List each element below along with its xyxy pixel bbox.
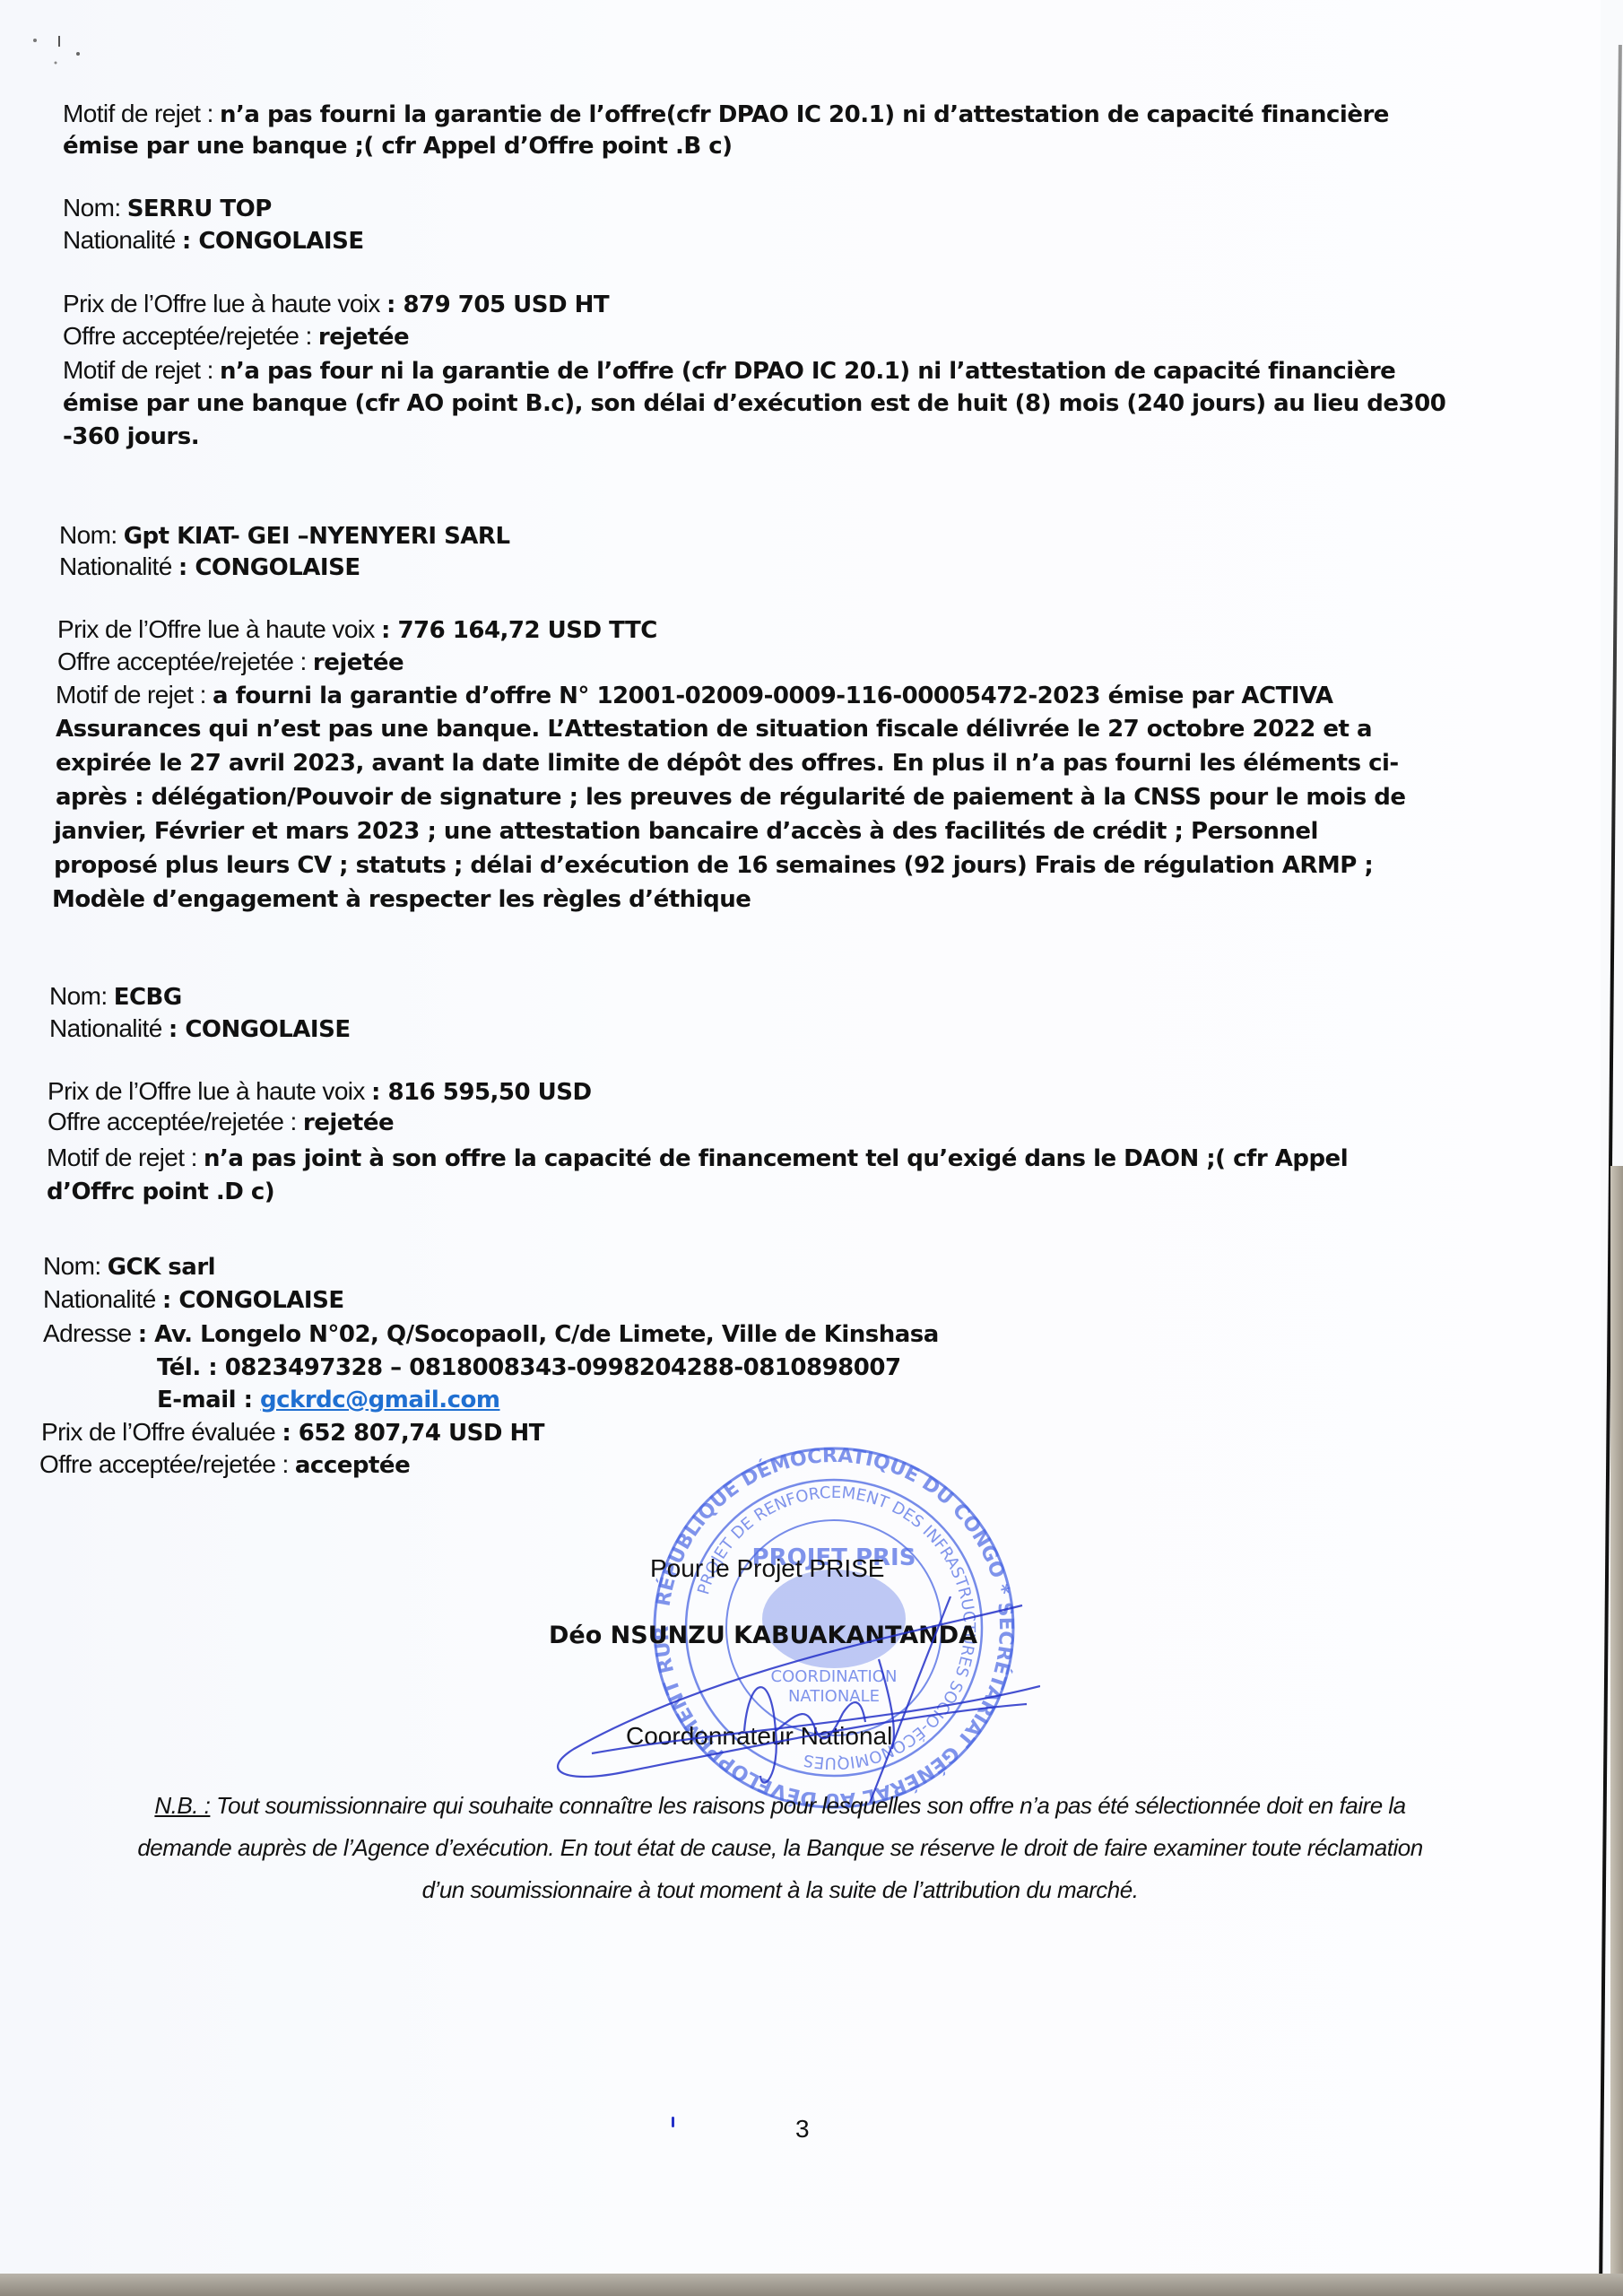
colon: :	[169, 1016, 185, 1043]
motif-row: janvier, Février et mars 2023 ; une atte…	[54, 816, 1318, 847]
phone-label: Tél. :	[157, 1354, 225, 1381]
status-label: Offre acceptée/rejetée :	[48, 1108, 303, 1135]
motif-row: Motif de rejet : n’a pas joint à son off…	[47, 1143, 1348, 1174]
motif-value: d’Offrc point .D c)	[47, 1178, 274, 1205]
status-row: Offre acceptée/rejetée : rejetée	[63, 321, 409, 352]
phone-value: 0823497328 – 0818008343-0998204288-08108…	[225, 1354, 901, 1381]
nationality-value: CONGOLAISE	[178, 1287, 343, 1314]
motif-value: Modèle d’engagement à respecter les règl…	[52, 886, 751, 913]
colon: :	[371, 1079, 387, 1106]
motif-value: émise par une banque ;( cfr Appel d’Offr…	[63, 133, 733, 160]
price-value: 816 595,50 USD	[387, 1079, 591, 1106]
nb-line-2: demande auprès de l’Agence d’exécution. …	[54, 1827, 1506, 1869]
motif-value: janvier, Février et mars 2023 ; une atte…	[54, 818, 1318, 845]
motif-row: Modèle d’engagement à respecter les règl…	[52, 884, 751, 915]
scan-shadow-bottom	[0, 2274, 1623, 2296]
top-motif-line-2: émise par une banque ;( cfr Appel d’Offr…	[63, 131, 733, 161]
motif-row: expirée le 27 avril 2023, avant la date …	[56, 748, 1399, 778]
document-page: Motif de rejet : n’a pas fourni la garan…	[0, 0, 1601, 2278]
address-value: Av. Longelo N°02, Q/SocopaoII, C/de Lime…	[154, 1321, 939, 1348]
nb-line-1: N.B. : Tout soumissionnaire qui souhaite…	[54, 1785, 1506, 1827]
motif-value: après : délégation/Pouvoir de signature …	[56, 784, 1406, 811]
motif-value: n’a pas joint à son offre la capacité de…	[204, 1145, 1348, 1172]
name-label: Nom:	[63, 194, 127, 222]
colon: :	[162, 1287, 178, 1314]
status-row: Offre acceptée/rejetée : acceptée	[39, 1449, 410, 1481]
price-row: Prix de l’Offre lue à haute voix : 879 7…	[63, 289, 609, 320]
status-label: Offre acceptée/rejetée :	[63, 322, 318, 350]
phone-row: Tél. : 0823497328 – 0818008343-099820428…	[157, 1352, 901, 1383]
status-row: Offre acceptée/rejetée : rejetée	[57, 647, 404, 678]
motif-value: n’a pas fourni la garantie de l’offre(cf…	[220, 101, 1389, 128]
name-label: Nom:	[59, 521, 124, 549]
status-value: rejetée	[313, 649, 404, 676]
nationality-row: Nationalité : CONGOLAISE	[63, 225, 364, 257]
status-value: rejetée	[303, 1109, 394, 1136]
motif-value: n’a pas four ni la garantie de l’offre (…	[220, 358, 1395, 385]
motif-row: Motif de rejet : n’a pas four ni la gara…	[63, 355, 1395, 387]
status-label: Offre acceptée/rejetée :	[39, 1450, 295, 1478]
nb-note: N.B. : Tout soumissionnaire qui souhaite…	[54, 1785, 1506, 1911]
nationality-row: Nationalité : CONGOLAISE	[43, 1284, 344, 1316]
nationality-value: CONGOLAISE	[198, 228, 363, 255]
bidder-name-row: Nom: SERRU TOP	[63, 193, 272, 224]
status-label: Offre acceptée/rejetée :	[57, 648, 313, 675]
price-value: 879 705 USD HT	[403, 291, 609, 318]
bidder-name-row: Nom: Gpt KIAT- GEI –NYENYERI SARL	[59, 520, 510, 552]
nb-label: N.B. :	[154, 1792, 210, 1819]
colon: :	[178, 554, 195, 581]
nationality-value: CONGOLAISE	[195, 554, 360, 581]
motif-label: Motif de rejet :	[47, 1144, 204, 1171]
bidder-name-row: Nom: ECBG	[49, 981, 182, 1013]
price-row: Prix de l’Offre lue à haute voix : 776 1…	[57, 614, 657, 646]
bidder-name: SERRU TOP	[127, 196, 272, 222]
colon: :	[381, 617, 397, 644]
colon: :	[138, 1321, 154, 1348]
signature-for-line: Pour le Projet PRISE	[650, 1554, 884, 1583]
nb-line-3: d’un soumissionnaire à tout moment à la …	[54, 1869, 1506, 1911]
status-value: acceptée	[295, 1452, 410, 1479]
nationality-row: Nationalité : CONGOLAISE	[49, 1013, 351, 1045]
scan-shadow-right	[1610, 1166, 1623, 2296]
bidder-name-row: Nom: GCK sarl	[43, 1251, 215, 1283]
motif-row: d’Offrc point .D c)	[47, 1177, 274, 1207]
status-value: rejetée	[318, 324, 409, 351]
nationality-label: Nationalité	[63, 226, 182, 254]
status-row: Offre acceptée/rejetée : rejetée	[48, 1107, 394, 1138]
price-value: 776 164,72 USD TTC	[397, 617, 656, 644]
bidder-name: GCK sarl	[108, 1254, 215, 1281]
address-label: Adresse	[43, 1319, 138, 1347]
motif-row: proposé plus leurs CV ; statuts ; délai …	[54, 850, 1373, 881]
nationality-label: Nationalité	[43, 1285, 162, 1313]
address-row: Adresse : Av. Longelo N°02, Q/SocopaoII,…	[43, 1318, 939, 1350]
motif-label: Motif de rejet :	[56, 681, 213, 709]
nationality-value: CONGOLAISE	[185, 1016, 350, 1043]
price-label: Prix de l’Offre lue à haute voix	[63, 290, 386, 317]
nb-text: Tout soumissionnaire qui souhaite connaî…	[210, 1792, 1405, 1819]
name-label: Nom:	[49, 982, 114, 1010]
nationality-label: Nationalité	[59, 552, 178, 580]
motif-row: Motif de rejet : a fourni la garantie d’…	[56, 680, 1333, 711]
motif-value: émise par une banque (cfr AO point B.c),…	[63, 390, 1445, 417]
motif-value: expirée le 27 avril 2023, avant la date …	[56, 750, 1399, 777]
motif-row: Assurances qui n’est pas une banque. L’A…	[56, 714, 1372, 744]
bidder-name: ECBG	[114, 984, 182, 1011]
handwritten-signature-icon	[538, 1596, 1040, 1803]
name-label: Nom:	[43, 1252, 108, 1280]
email-label: E-mail :	[157, 1387, 260, 1413]
email-row: E-mail : gckrdc@gmail.com	[157, 1385, 500, 1415]
scan-specks	[22, 13, 220, 67]
price-row: Prix de l’Offre évaluée : 652 807,74 USD…	[41, 1417, 544, 1448]
page-number: 3	[795, 2115, 810, 2144]
colon: :	[282, 1420, 298, 1447]
motif-label: Motif de rejet :	[63, 356, 220, 384]
motif-value: proposé plus leurs CV ; statuts ; délai …	[54, 852, 1373, 879]
colon: :	[182, 228, 198, 255]
bidder-name: Gpt KIAT- GEI –NYENYERI SARL	[124, 523, 510, 550]
nationality-row: Nationalité : CONGOLAISE	[59, 552, 360, 583]
ink-mark	[672, 2117, 674, 2127]
motif-label: Motif de rejet :	[63, 100, 220, 127]
motif-row: -360 jours.	[63, 422, 199, 452]
motif-value: a fourni la garantie d’offre N° 12001-02…	[213, 683, 1333, 709]
price-label: Prix de l’Offre lue à haute voix	[57, 615, 381, 643]
price-label: Prix de l’Offre évaluée	[41, 1418, 282, 1446]
motif-row: après : délégation/Pouvoir de signature …	[56, 782, 1406, 813]
nationality-label: Nationalité	[49, 1014, 169, 1042]
price-value: 652 807,74 USD HT	[299, 1420, 544, 1447]
price-row: Prix de l’Offre lue à haute voix : 816 5…	[48, 1076, 592, 1108]
motif-row: émise par une banque (cfr AO point B.c),…	[63, 388, 1445, 419]
colon: :	[386, 291, 403, 318]
motif-value: Assurances qui n’est pas une banque. L’A…	[56, 716, 1372, 743]
price-label: Prix de l’Offre lue à haute voix	[48, 1077, 371, 1105]
motif-value: -360 jours.	[63, 423, 199, 450]
top-motif-line-1: Motif de rejet : n’a pas fourni la garan…	[63, 99, 1389, 130]
email-link[interactable]: gckrdc@gmail.com	[260, 1387, 499, 1413]
